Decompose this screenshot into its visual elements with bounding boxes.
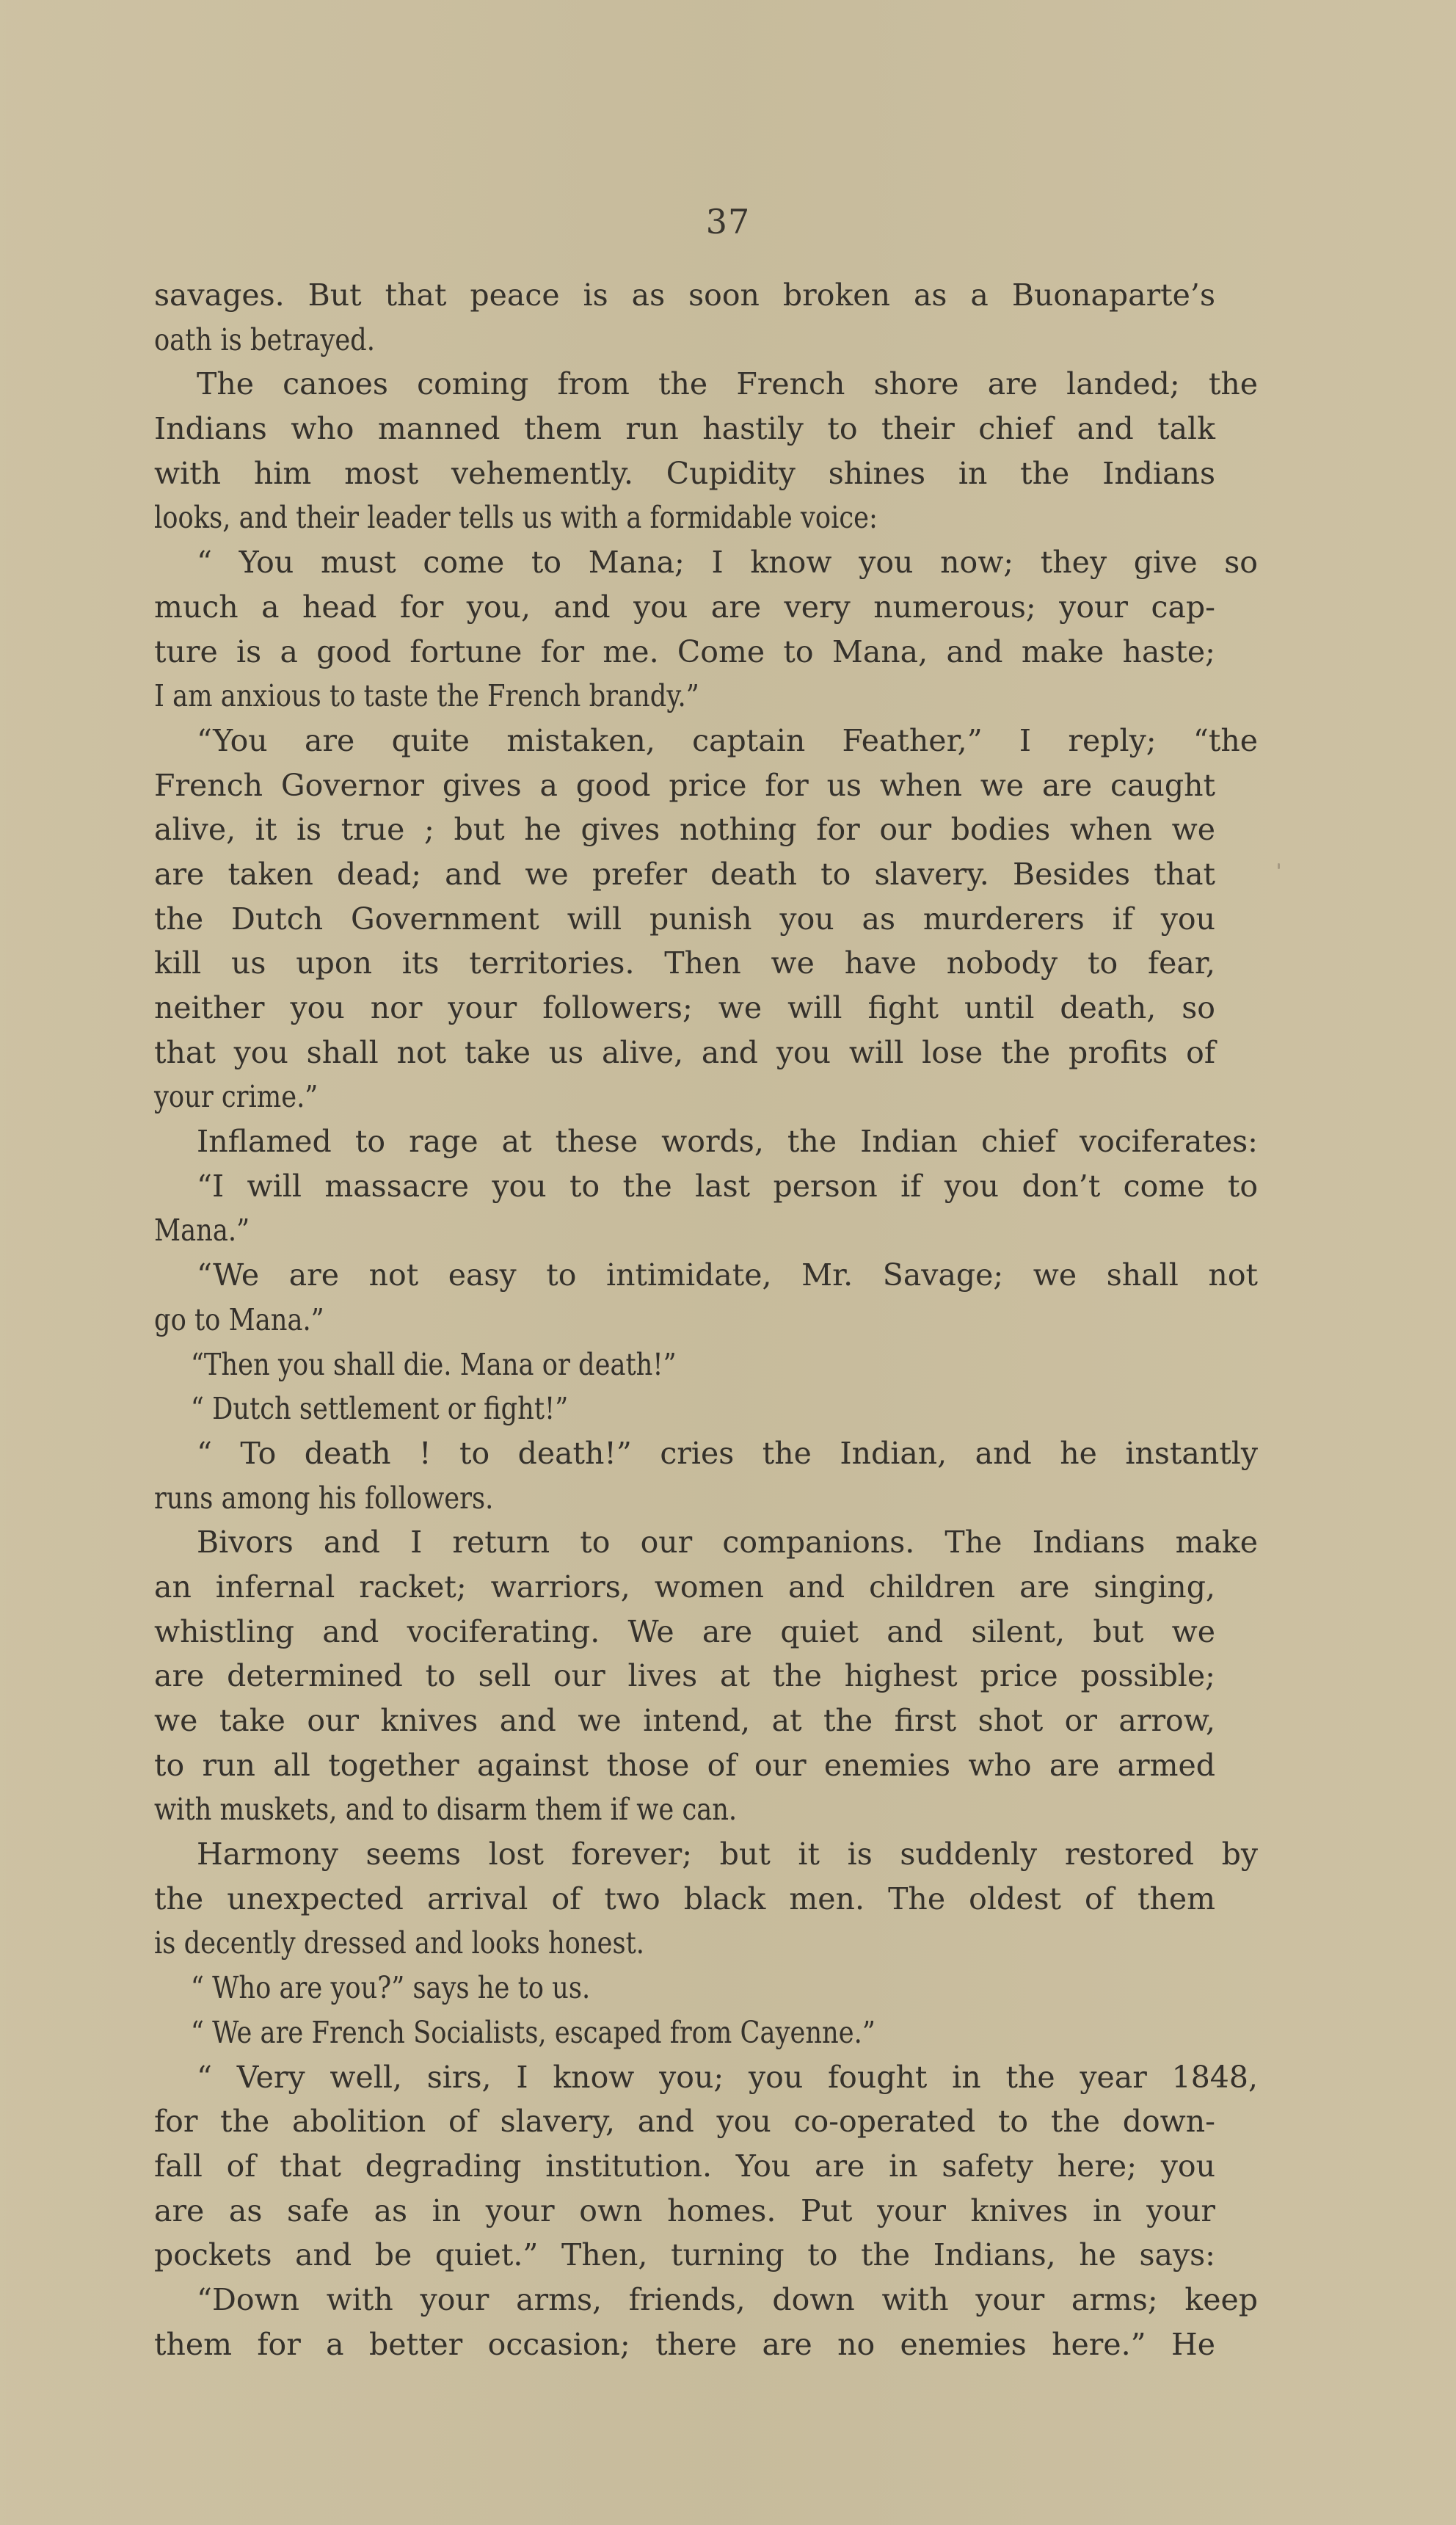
text-line: to run all together against those of our… [154,1743,1215,1788]
text-line: the unexpected arrival of two black men.… [154,1877,1215,1922]
text-line: savages. But that peace is as soon broke… [154,273,1215,318]
text-line: with him most vehemently. Cupidity shine… [154,451,1215,496]
text-line: “ You must come to Mana; I know you now;… [154,540,1258,585]
text-line: is decently dressed and looks honest. [154,1921,1067,1966]
text-line: The canoes coming from the French shore … [154,362,1258,407]
text-line: alive, it is true ; but he gives nothing… [154,807,1215,852]
text-line: fall of that degrading institution. You … [154,2144,1215,2189]
text-line: Inflamed to rage at these words, the Ind… [154,1119,1258,1164]
text-line: Indians who manned them run hastily to t… [154,407,1215,451]
text-line: ture is a good fortune for me. Come to M… [154,630,1215,675]
text-line: oath is betrayed. [154,318,1067,363]
text-line: are determined to sell our lives at the … [154,1654,1215,1699]
text-line: “You are quite mistaken, captain Feather… [154,719,1258,763]
text-line: for the abolition of slavery, and you co… [154,2099,1215,2144]
text-line: Mana.” [154,1208,1067,1253]
text-line: the Dutch Government will punish you as … [154,897,1215,942]
text-line: “Down with your arms, friends, down with… [154,2278,1258,2322]
page-number: 37 [0,200,1456,244]
text-line: an infernal racket; warriors, women and … [154,1565,1215,1610]
text-line: “ Who are you?” says he to us. [154,1966,1067,2010]
text-line: are as safe as in your own homes. Put yo… [154,2189,1215,2234]
text-line: “ Very well, sirs, I know you; you fough… [154,2055,1258,2100]
text-line: go to Mana.” [154,1298,1067,1343]
text-line: “ We are French Socialists, escaped from… [154,2010,1067,2055]
text-line: “ To death ! to death!” cries the Indian… [154,1431,1258,1476]
text-line: whistling and vociferating. We are quiet… [154,1610,1215,1654]
text-line: we take our knives and we intend, at the… [154,1699,1215,1743]
ink-speck [1278,863,1280,869]
text-line: runs among his followers. [154,1476,1067,1521]
text-line: are taken dead; and we prefer death to s… [154,852,1215,897]
text-line: neither you nor your followers; we will … [154,986,1215,1031]
text-line: Bivors and I return to our companions. T… [154,1520,1258,1565]
text-line: your crime.” [154,1075,1067,1119]
text-line: I am anxious to taste the French brandy.… [154,674,1067,719]
text-line: pockets and be quiet.” Then, turning to … [154,2233,1215,2278]
text-line: looks, and their leader tells us with a … [154,495,1067,540]
text-line: “I will massacre you to the last person … [154,1164,1258,1209]
text-line: “Then you shall die. Mana or death!” [154,1343,1067,1387]
text-line: Harmony seems lost forever; but it is su… [154,1832,1258,1877]
text-line: much a head for you, and you are very nu… [154,585,1215,630]
text-line: with muskets, and to disarm them if we c… [154,1787,1067,1832]
text-line: French Governor gives a good price for u… [154,763,1215,808]
text-line: kill us upon its territories. Then we ha… [154,941,1215,986]
text-line: them for a better occasion; there are no… [154,2322,1215,2367]
book-page: 37 savages. But that peace is as soon br… [0,0,1456,2525]
text-line: “ Dutch settlement or fight!” [154,1387,1067,1431]
text-line: that you shall not take us alive, and yo… [154,1031,1215,1075]
body-text: savages. But that peace is as soon broke… [154,273,1215,2366]
text-line: “We are not easy to intimidate, Mr. Sava… [154,1253,1258,1298]
